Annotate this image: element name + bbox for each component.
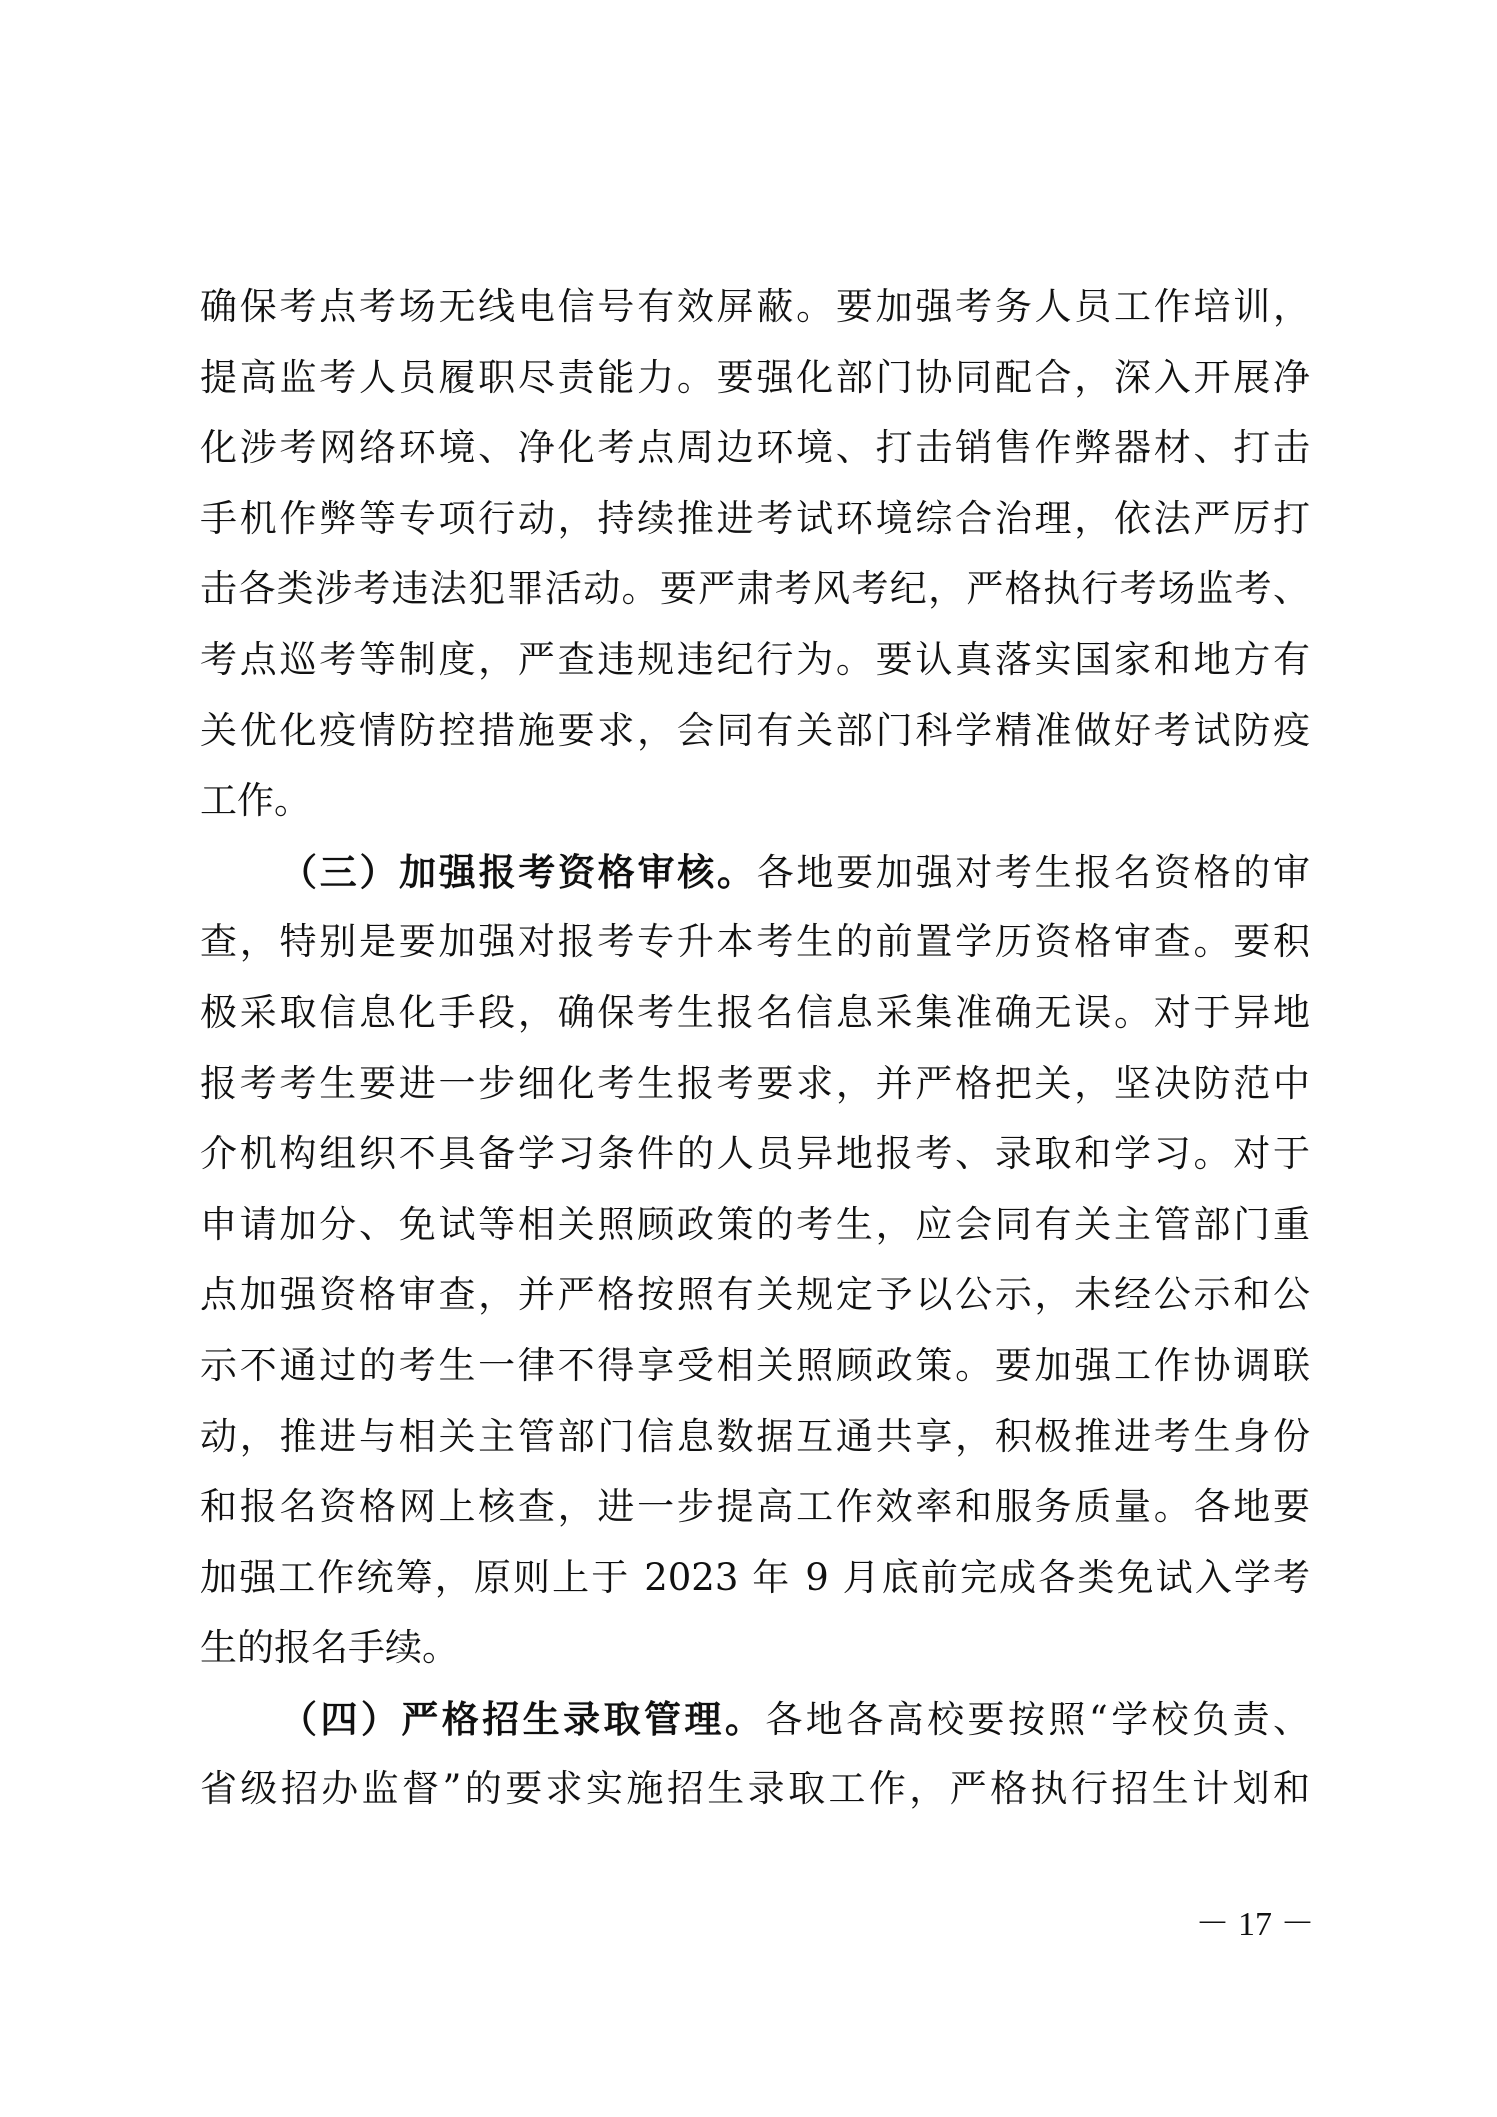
section-3-first-line: （三）加强报考资格审核。各地要加强对考生报名资格的审 [200,837,1310,908]
paragraph-line: 关优化疫情防控措施要求，会同有关部门科学精准做好考试防疫 [200,696,1310,767]
paragraph-line: 和报名资格网上核查，进一步提高工作效率和服务质量。各地要 [200,1472,1310,1543]
document-page: 确保考点考场无线电信号有效屏蔽。要加强考务人员工作培训， 提高监考人员履职尽责能… [0,0,1497,2117]
paragraph-line: 报考考生要进一步细化考生报考要求，并严格把关，坚决防范中 [200,1049,1310,1120]
section-heading-3: （三）加强报考资格审核。 [280,850,757,894]
paragraph-line: 申请加分、免试等相关照顾政策的考生，应会同有关主管部门重 [200,1190,1310,1261]
paragraph-line: 提高监考人员履职尽责能力。要强化部门协同配合，深入开展净 [200,343,1310,414]
paragraph-line: 介机构组织不具备学习条件的人员异地报考、录取和学习。对于 [200,1119,1310,1190]
paragraph-line: 击各类涉考违法犯罪活动。要严肃考风考纪，严格执行考场监考、 [200,554,1310,625]
paragraph-line: 确保考点考场无线电信号有效屏蔽。要加强考务人员工作培训， [200,272,1310,343]
page-number: － 17 － [1195,1896,1315,1945]
paragraph-line: 动，推进与相关主管部门信息数据互通共享，积极推进考生身份 [200,1402,1310,1473]
section-4-first-line: （四）严格招生录取管理。各地各高校要按照“学校负责、 [200,1684,1310,1755]
paragraph-line: 化涉考网络环境、净化考点周边环境、打击销售作弊器材、打击 [200,413,1310,484]
paragraph-line: 省级招办监督”的要求实施招生录取工作，严格执行招生计划和 [200,1754,1310,1825]
paragraph-line: 加强工作统筹，原则上于 2023 年 9 月底前完成各类免试入学考 [200,1543,1310,1614]
paragraph-line: 示不通过的考生一律不得享受相关照顾政策。要加强工作协调联 [200,1331,1310,1402]
section-heading-4: （四）严格招生录取管理。 [280,1697,765,1741]
paragraph-text: 各地要加强对考生报名资格的审 [757,851,1310,894]
paragraph-line: 极采取信息化手段，确保考生报名信息采集准确无误。对于异地 [200,978,1310,1049]
paragraph-line: 考点巡考等制度，严查违规违纪行为。要认真落实国家和地方有 [200,625,1310,696]
body-text: 确保考点考场无线电信号有效屏蔽。要加强考务人员工作培训， 提高监考人员履职尽责能… [200,272,1310,1825]
paragraph-line: 手机作弊等专项行动，持续推进考试环境综合治理，依法严厉打 [200,484,1310,555]
paragraph-line: 查，特别是要加强对报考专升本考生的前置学历资格审查。要积 [200,907,1310,978]
paragraph-text: 各地各高校要按照“学校负责、 [765,1698,1310,1741]
paragraph-line: 点加强资格审查，并严格按照有关规定予以公示，未经公示和公 [200,1260,1310,1331]
paragraph-line: 工作。 [200,766,1310,837]
paragraph-line: 生的报名手续。 [200,1613,1310,1684]
